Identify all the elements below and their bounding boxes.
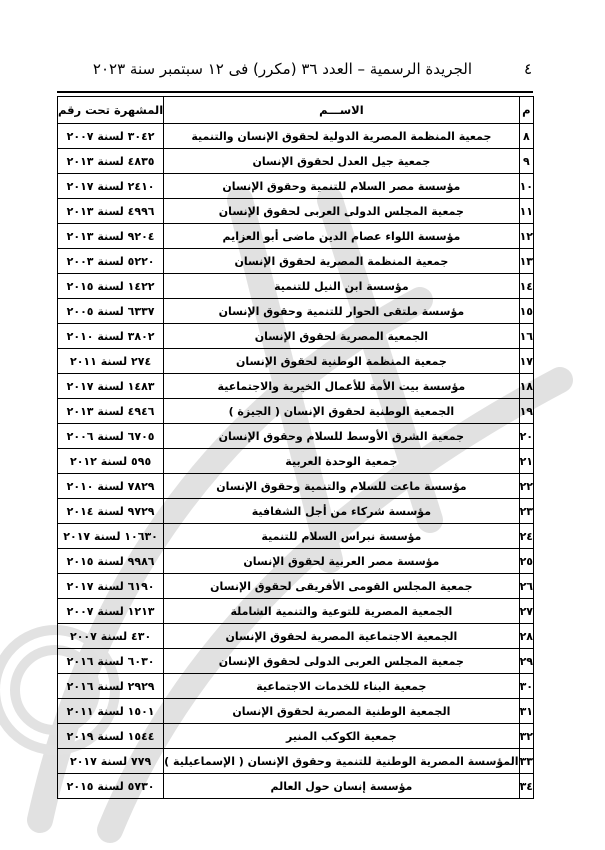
- registration-number-cell: ٧٧٩ لسنة ٢٠١٧: [58, 749, 164, 774]
- registration-number-cell: ٣٨٠٢ لسنة ٢٠١٠: [58, 324, 164, 349]
- table-row: ٣٢جمعية الكوكب المنير١٥٤٤ لسنة ٢٠١٩: [58, 724, 534, 749]
- row-number-cell: ٣٠: [519, 674, 533, 699]
- association-name-cell: مؤسسة ملتقى الحوار للتنمية وحقوق الإنسان: [164, 299, 519, 324]
- registration-number-cell: ٤٨٣٥ لسنة ٢٠١٣: [58, 149, 164, 174]
- table-row: ٢٩جمعية المجلس العربى الدولى لحقوق الإنس…: [58, 649, 534, 674]
- page-header: ٤ الجريدة الرسمية – العدد ٣٦ (مكرر) فى ١…: [57, 60, 532, 84]
- registration-number-cell: ٥٢٢٠ لسنة ٢٠٠٣: [58, 249, 164, 274]
- row-number-cell: ٨: [519, 124, 533, 149]
- table-row: ٢١جمعية الوحدة العربية٥٩٥ لسنة ٢٠١٢: [58, 449, 534, 474]
- table-row: ١٩الجمعية الوطنية لحقوق الإنسان ( الجيزة…: [58, 399, 534, 424]
- row-number-cell: ٣٤: [519, 774, 533, 799]
- registration-number-cell: ١٢١٣ لسنة ٢٠٠٧: [58, 599, 164, 624]
- registration-number-cell: ٦٠٣٠ لسنة ٢٠١٦: [58, 649, 164, 674]
- association-name-cell: جمعية المنظمة الوطنية لحقوق الإنسان: [164, 349, 519, 374]
- table-row: ٢٣مؤسسة شركاء من أجل الشفافية٩٧٢٩ لسنة ٢…: [58, 499, 534, 524]
- association-name-cell: جمعية الشرق الأوسط للسلام وحقوق الإنسان: [164, 424, 519, 449]
- table-row: ٢٥مؤسسة مصر العربية لحقوق الإنسان٩٩٨٦ لس…: [58, 549, 534, 574]
- table-row: ٣٠جمعية البناء للخدمات الاجتماعية٢٩٢٩ لس…: [58, 674, 534, 699]
- association-name-cell: مؤسسة إنسان حول العالم: [164, 774, 519, 799]
- association-name-cell: مؤسسة اللواء عصام الدين ماضى أبو العزايم: [164, 224, 519, 249]
- association-name-cell: مؤسسة ابن النيل للتنمية: [164, 274, 519, 299]
- row-number-cell: ٣١: [519, 699, 533, 724]
- association-name-cell: جمعية الوحدة العربية: [164, 449, 519, 474]
- association-name-cell: جمعية المجلس العربى الدولى لحقوق الإنسان: [164, 649, 519, 674]
- association-name-cell: مؤسسة بيت الأمة للأعمال الخيرية والاجتما…: [164, 374, 519, 399]
- table-row: ١١جمعية المجلس الدولى العربى لحقوق الإنس…: [58, 199, 534, 224]
- registration-number-cell: ٩٩٨٦ لسنة ٢٠١٥: [58, 549, 164, 574]
- row-number-cell: ٩: [519, 149, 533, 174]
- registration-number-cell: ١٤٨٣ لسنة ٢٠١٧: [58, 374, 164, 399]
- header-divider: [57, 91, 533, 93]
- registration-number-cell: ٦٣٣٧ لسنة ٢٠٠٥: [58, 299, 164, 324]
- registration-number-cell: ٢٤١٠ لسنة ٢٠١٧: [58, 174, 164, 199]
- row-number-cell: ٢١: [519, 449, 533, 474]
- row-number-cell: ٢٣: [519, 499, 533, 524]
- table-row: ١٣جمعية المنظمة المصرية لحقوق الإنسان٥٢٢…: [58, 249, 534, 274]
- association-name-cell: جمعية المجلس القومى الأفريقى لحقوق الإنس…: [164, 574, 519, 599]
- registration-number-cell: ١٠٦٣٠ لسنة ٢٠١٧: [58, 524, 164, 549]
- table-row: ١٥مؤسسة ملتقى الحوار للتنمية وحقوق الإنس…: [58, 299, 534, 324]
- table-row: ١٤مؤسسة ابن النيل للتنمية١٤٢٢ لسنة ٢٠١٥: [58, 274, 534, 299]
- table-row: ٣١الجمعية الوطنية المصرية لحقوق الإنسان١…: [58, 699, 534, 724]
- association-name-cell: جمعية المنظمة المصرية الدولية لحقوق الإن…: [164, 124, 519, 149]
- table-header-row: م الاســـم المشهرة تحت رقم: [58, 97, 534, 124]
- row-number-cell: ٢٩: [519, 649, 533, 674]
- table-row: ١٧جمعية المنظمة الوطنية لحقوق الإنسان٢٧٤…: [58, 349, 534, 374]
- registration-number-cell: ٥٧٣٠ لسنة ٢٠١٥: [58, 774, 164, 799]
- row-number-cell: ١٤: [519, 274, 533, 299]
- table-row: ٣٣المؤسسة المصرية الوطنية للتنمية وحقوق …: [58, 749, 534, 774]
- registration-number-cell: ٢٩٢٩ لسنة ٢٠١٦: [58, 674, 164, 699]
- table-row: ٨جمعية المنظمة المصرية الدولية لحقوق الإ…: [58, 124, 534, 149]
- row-number-cell: ٢٦: [519, 574, 533, 599]
- table-row: ١٠مؤسسة مصر السلام للتنمية وحقوق الإنسان…: [58, 174, 534, 199]
- row-number-cell: ١٧: [519, 349, 533, 374]
- association-name-cell: الجمعية المصرية لحقوق الإنسان: [164, 324, 519, 349]
- association-name-cell: مؤسسة مصر العربية لحقوق الإنسان: [164, 549, 519, 574]
- row-number-cell: ١١: [519, 199, 533, 224]
- association-name-cell: جمعية المجلس الدولى العربى لحقوق الإنسان: [164, 199, 519, 224]
- column-header-name: الاســـم: [164, 97, 519, 124]
- association-name-cell: جمعية الكوكب المنير: [164, 724, 519, 749]
- table-row: ٢٤مؤسسة نبراس السلام للتنمية١٠٦٣٠ لسنة ٢…: [58, 524, 534, 549]
- association-name-cell: الجمعية الوطنية لحقوق الإنسان ( الجيزة ): [164, 399, 519, 424]
- registration-number-cell: ١٥٤٤ لسنة ٢٠١٩: [58, 724, 164, 749]
- row-number-cell: ١٨: [519, 374, 533, 399]
- association-name-cell: المؤسسة المصرية الوطنية للتنمية وحقوق ال…: [164, 749, 519, 774]
- association-name-cell: الجمعية المصرية للتوعية والتنمية الشاملة: [164, 599, 519, 624]
- registration-number-cell: ٢٧٤ لسنة ٢٠١١: [58, 349, 164, 374]
- table-row: ١٢مؤسسة اللواء عصام الدين ماضى أبو العزا…: [58, 224, 534, 249]
- column-header-registration: المشهرة تحت رقم: [58, 97, 164, 124]
- registration-number-cell: ٦١٩٠ لسنة ٢٠١٧: [58, 574, 164, 599]
- table-row: ٢٢مؤسسة ماعت للسلام والتنمية وحقوق الإنس…: [58, 474, 534, 499]
- association-name-cell: مؤسسة شركاء من أجل الشفافية: [164, 499, 519, 524]
- association-name-cell: الجمعية الوطنية المصرية لحقوق الإنسان: [164, 699, 519, 724]
- registration-number-cell: ٤٣٠ لسنة ٢٠٠٧: [58, 624, 164, 649]
- association-name-cell: مؤسسة ماعت للسلام والتنمية وحقوق الإنسان: [164, 474, 519, 499]
- registration-number-cell: ١٤٢٢ لسنة ٢٠١٥: [58, 274, 164, 299]
- table-row: ٢٦جمعية المجلس القومى الأفريقى لحقوق الإ…: [58, 574, 534, 599]
- association-name-cell: مؤسسة مصر السلام للتنمية وحقوق الإنسان: [164, 174, 519, 199]
- row-number-cell: ٢٠: [519, 424, 533, 449]
- row-number-cell: ٣٢: [519, 724, 533, 749]
- registration-number-cell: ٩٧٢٩ لسنة ٢٠١٤: [58, 499, 164, 524]
- row-number-cell: ٢٨: [519, 624, 533, 649]
- table-row: ١٦الجمعية المصرية لحقوق الإنسان٣٨٠٢ لسنة…: [58, 324, 534, 349]
- table-row: ١٨مؤسسة بيت الأمة للأعمال الخيرية والاجت…: [58, 374, 534, 399]
- row-number-cell: ١٥: [519, 299, 533, 324]
- row-number-cell: ٢٥: [519, 549, 533, 574]
- association-name-cell: الجمعية الاجتماعية المصرية لحقوق الإنسان: [164, 624, 519, 649]
- table-row: ٢٠جمعية الشرق الأوسط للسلام وحقوق الإنسا…: [58, 424, 534, 449]
- association-name-cell: مؤسسة نبراس السلام للتنمية: [164, 524, 519, 549]
- table-row: ٢٧الجمعية المصرية للتوعية والتنمية الشام…: [58, 599, 534, 624]
- row-number-cell: ١٠: [519, 174, 533, 199]
- row-number-cell: ٢٤: [519, 524, 533, 549]
- association-name-cell: جمعية المنظمة المصرية لحقوق الإنسان: [164, 249, 519, 274]
- row-number-cell: ٢٢: [519, 474, 533, 499]
- table-row: ٢٨الجمعية الاجتماعية المصرية لحقوق الإنس…: [58, 624, 534, 649]
- table-body: ٨جمعية المنظمة المصرية الدولية لحقوق الإ…: [58, 124, 534, 799]
- registration-number-cell: ١٥٠١ لسنة ٢٠١١: [58, 699, 164, 724]
- association-name-cell: جمعية جيل العدل لحقوق الإنسان: [164, 149, 519, 174]
- associations-table: م الاســـم المشهرة تحت رقم ٨جمعية المنظم…: [57, 96, 534, 799]
- registration-number-cell: ٤٩٩٦ لسنة ٢٠١٣: [58, 199, 164, 224]
- row-number-cell: ١٦: [519, 324, 533, 349]
- row-number-cell: ٢٧: [519, 599, 533, 624]
- column-header-number: م: [519, 97, 533, 124]
- association-name-cell: جمعية البناء للخدمات الاجتماعية: [164, 674, 519, 699]
- registration-number-cell: ٧٨٢٩ لسنة ٢٠١٠: [58, 474, 164, 499]
- registration-number-cell: ٩٢٠٤ لسنة ٢٠١٣: [58, 224, 164, 249]
- row-number-cell: ١٩: [519, 399, 533, 424]
- row-number-cell: ١٢: [519, 224, 533, 249]
- page-number: ٤: [524, 60, 532, 78]
- row-number-cell: ١٣: [519, 249, 533, 274]
- registration-number-cell: ٥٩٥ لسنة ٢٠١٢: [58, 449, 164, 474]
- gazette-header-title: الجريدة الرسمية – العدد ٣٦ (مكرر) فى ١٢ …: [93, 60, 472, 78]
- row-number-cell: ٣٣: [519, 749, 533, 774]
- table-row: ٣٤مؤسسة إنسان حول العالم٥٧٣٠ لسنة ٢٠١٥: [58, 774, 534, 799]
- registration-number-cell: ٣٠٤٢ لسنة ٢٠٠٧: [58, 124, 164, 149]
- registration-number-cell: ٤٩٤٦ لسنة ٢٠١٣: [58, 399, 164, 424]
- registration-number-cell: ٦٧٠٥ لسنة ٢٠٠٦: [58, 424, 164, 449]
- table-row: ٩جمعية جيل العدل لحقوق الإنسان٤٨٣٥ لسنة …: [58, 149, 534, 174]
